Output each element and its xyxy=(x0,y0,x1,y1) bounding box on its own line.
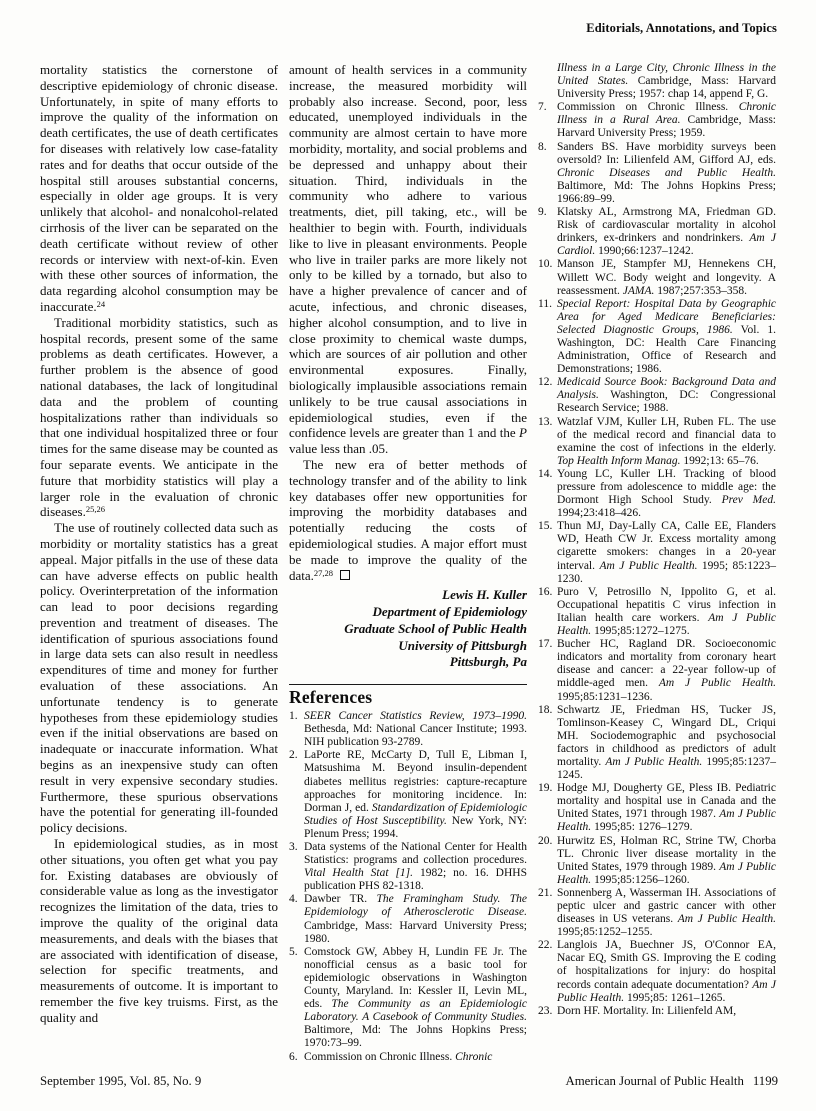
references-heading: References xyxy=(289,690,527,706)
reference-number: 21. xyxy=(538,887,552,900)
reference-item: 21.Sonnenberg A, Wasserman IH. Associati… xyxy=(538,887,776,939)
body-paragraph: mortality statistics the cornerstone of … xyxy=(40,62,278,315)
reference-text: Puro V, Petrosillo N, Ippolito G, et al.… xyxy=(557,586,776,637)
reference-text: LaPorte RE, McCarty D, Tull E, Libman I,… xyxy=(304,749,527,840)
reference-text: Manson JE, Stampfer MJ, Hennekens CH, Wi… xyxy=(557,258,776,296)
reference-item: 16.Puro V, Petrosillo N, Ippolito G, et … xyxy=(538,586,776,638)
reference-item: 17.Bucher HC, Ragland DR. Socioeconomic … xyxy=(538,638,776,703)
column-2: amount of health services in a community… xyxy=(289,62,527,1064)
reference-text: SEER Cancer Statistics Review, 1973–1990… xyxy=(304,710,527,748)
reference-number: 16. xyxy=(538,586,552,599)
reference-text: Schwartz JE, Friedman HS, Tucker JS, Tom… xyxy=(557,704,776,781)
reference-number: 12. xyxy=(538,376,552,389)
reference-text: Dorn HF. Mortality. In: Lilienfeld AM, xyxy=(557,1005,736,1017)
reference-item: 12.Medicaid Source Book: Background Data… xyxy=(538,376,776,415)
journal-page: Editorials, Annotations, and Topics mort… xyxy=(0,0,816,1111)
reference-text: Bucher HC, Ragland DR. Socioeconomic ind… xyxy=(557,638,776,702)
reference-text: Thun MJ, Day-Lally CA, Calle EE, Flander… xyxy=(557,520,776,584)
reference-number: 8. xyxy=(538,141,547,154)
reference-number: 6. xyxy=(289,1051,298,1064)
reference-item: 11.Special Report: Hospital Data by Geog… xyxy=(538,298,776,377)
reference-item: 22.Langlois JA, Buechner JS, O'Connor EA… xyxy=(538,939,776,1004)
reference-number: 9. xyxy=(538,206,547,219)
reference-text: Klatsky AL, Armstrong MA, Friedman GD. R… xyxy=(557,206,776,257)
column-3: Illness in a Large City, Chronic Illness… xyxy=(538,62,776,1018)
body-paragraph: The use of routinely collected data such… xyxy=(40,520,278,836)
reference-text: Comstock GW, Abbey H, Lundin FE Jr. The … xyxy=(304,946,527,1050)
reference-text: Hodge MJ, Dougherty GE, Pless IB. Pediat… xyxy=(557,782,776,833)
reference-item: 10.Manson JE, Stampfer MJ, Hennekens CH,… xyxy=(538,258,776,297)
reference-item: 19.Hodge MJ, Dougherty GE, Pless IB. Ped… xyxy=(538,782,776,834)
reference-item: 15.Thun MJ, Day-Lally CA, Calle EE, Flan… xyxy=(538,520,776,585)
author-affiliation: Department of Epidemiology xyxy=(289,604,527,621)
reference-number: 1. xyxy=(289,710,298,723)
reference-number: 22. xyxy=(538,939,552,952)
running-head: Editorials, Annotations, and Topics xyxy=(586,21,777,36)
footer-journal-title: American Journal of Public Health xyxy=(565,1074,743,1088)
column-1: mortality statistics the cornerstone of … xyxy=(40,62,278,1026)
reference-item: 20.Hurwitz ES, Holman RC, Strine TW, Cho… xyxy=(538,835,776,887)
author-signature: Lewis H. Kuller Department of Epidemiolo… xyxy=(289,587,527,671)
reference-number: 18. xyxy=(538,704,552,717)
reference-number: 20. xyxy=(538,835,552,848)
body-paragraph: In epidemiological studies, as in most o… xyxy=(40,836,278,1026)
reference-text: Commission on Chronic Illness. Chronic xyxy=(304,1051,492,1063)
reference-item: 7.Commission on Chronic Illness. Chronic… xyxy=(538,101,776,140)
reference-continuation: Illness in a Large City, Chronic Illness… xyxy=(538,62,776,101)
reference-number: 17. xyxy=(538,638,552,651)
footer-journal-info: American Journal of Public Health1199 xyxy=(565,1074,778,1089)
reference-item: 9.Klatsky AL, Armstrong MA, Friedman GD.… xyxy=(538,206,776,258)
reference-item: 3.Data systems of the National Center fo… xyxy=(289,841,527,893)
reference-number: 10. xyxy=(538,258,552,271)
reference-item: 14.Young LC, Kuller LH. Tracking of bloo… xyxy=(538,468,776,520)
reference-text: Data systems of the National Center for … xyxy=(304,841,527,892)
reference-text: Langlois JA, Buechner JS, O'Connor EA, N… xyxy=(557,939,776,1003)
reference-number: 15. xyxy=(538,520,552,533)
reference-number: 11. xyxy=(538,298,552,311)
reference-number: 3. xyxy=(289,841,298,854)
reference-text: Dawber TR. The Framingham Study. The Epi… xyxy=(304,893,527,944)
section-divider xyxy=(289,684,527,685)
reference-list: Illness in a Large City, Chronic Illness… xyxy=(538,62,776,1018)
reference-list: 1.SEER Cancer Statistics Review, 1973–19… xyxy=(289,710,527,1064)
reference-item: 2.LaPorte RE, McCarty D, Tull E, Libman … xyxy=(289,749,527,841)
author-affiliation: Graduate School of Public Health xyxy=(289,621,527,638)
author-location: Pittsburgh, Pa xyxy=(289,654,527,671)
reference-text: Sanders BS. Have morbidity surveys been … xyxy=(557,141,776,205)
reference-number: 7. xyxy=(538,101,547,114)
body-paragraph: The new era of better methods of technol… xyxy=(289,457,527,583)
author-name: Lewis H. Kuller xyxy=(289,587,527,604)
reference-item: 1.SEER Cancer Statistics Review, 1973–19… xyxy=(289,710,527,749)
reference-text: Commission on Chronic Illness. Chronic I… xyxy=(557,101,776,139)
footer-page-number: 1199 xyxy=(753,1074,778,1088)
reference-item: 23.Dorn HF. Mortality. In: Lilienfeld AM… xyxy=(538,1005,776,1018)
reference-item: 6.Commission on Chronic Illness. Chronic xyxy=(289,1051,527,1064)
footer-issue-info: September 1995, Vol. 85, No. 9 xyxy=(40,1074,201,1089)
author-affiliation: University of Pittsburgh xyxy=(289,638,527,655)
reference-text: Medicaid Source Book: Background Data an… xyxy=(557,376,776,414)
reference-number: 5. xyxy=(289,946,298,959)
reference-item: 8.Sanders BS. Have morbidity surveys bee… xyxy=(538,141,776,206)
reference-text: Sonnenberg A, Wasserman IH. Associations… xyxy=(557,887,776,938)
reference-item: 5.Comstock GW, Abbey H, Lundin FE Jr. Th… xyxy=(289,946,527,1051)
reference-text: Watzlaf VJM, Kuller LH, Ruben FL. The us… xyxy=(557,416,776,467)
reference-item: 4.Dawber TR. The Framingham Study. The E… xyxy=(289,893,527,945)
reference-text: Hurwitz ES, Holman RC, Strine TW, Chorba… xyxy=(557,835,776,886)
reference-item: 18.Schwartz JE, Friedman HS, Tucker JS, … xyxy=(538,704,776,783)
reference-text: Special Report: Hospital Data by Geograp… xyxy=(557,298,776,375)
reference-number: 14. xyxy=(538,468,552,481)
body-paragraph: amount of health services in a community… xyxy=(289,62,527,457)
reference-number: 13. xyxy=(538,416,552,429)
reference-text: Young LC, Kuller LH. Tracking of blood p… xyxy=(557,468,776,519)
reference-number: 19. xyxy=(538,782,552,795)
reference-number: 4. xyxy=(289,893,298,906)
body-paragraph: Traditional morbidity statistics, such a… xyxy=(40,315,278,520)
reference-item: 13.Watzlaf VJM, Kuller LH, Ruben FL. The… xyxy=(538,416,776,468)
reference-number: 2. xyxy=(289,749,298,762)
reference-number: 23. xyxy=(538,1005,552,1018)
